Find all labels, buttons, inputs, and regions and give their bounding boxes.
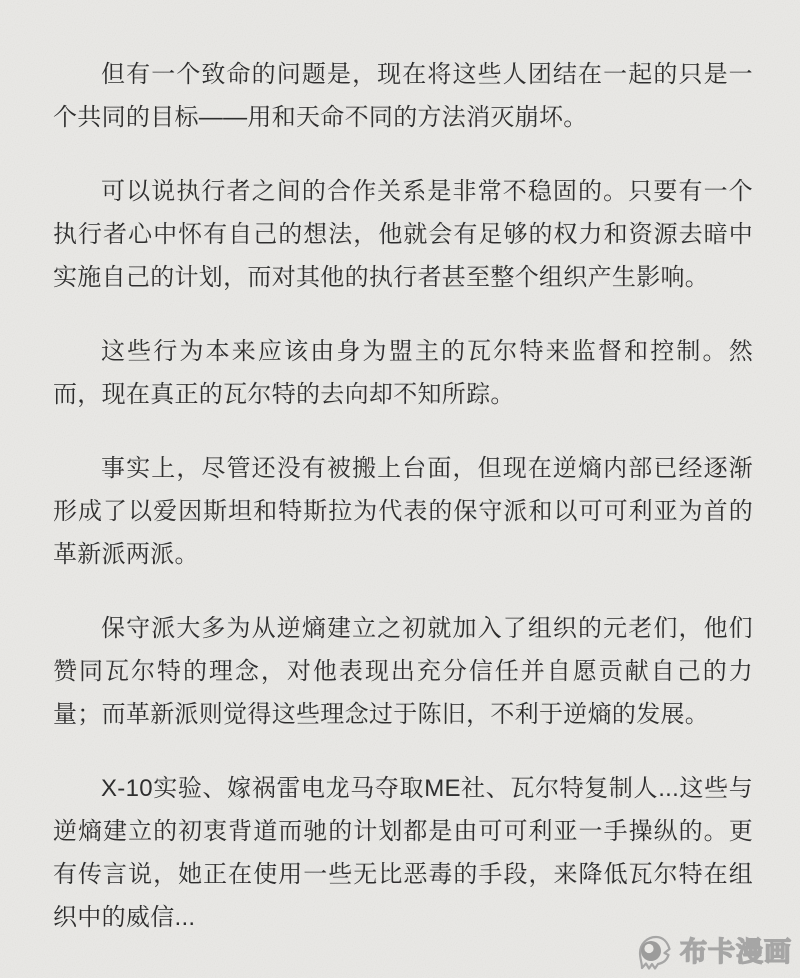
- story-paragraph: 可以说执行者之间的合作关系是非常不稳固的。只要有一个执行者心中怀有自己的想法，他…: [53, 170, 753, 299]
- story-paragraph: 事实上，尽管还没有被搬上台面，但现在逆熵内部已经逐渐形成了以爱因斯坦和特斯拉为代…: [53, 447, 753, 576]
- story-text: 但有一个致命的问题是，现在将这些人团结在一起的只是一个共同的目标——用和天命不同…: [0, 0, 800, 939]
- story-paragraph: X-10实验、嫁祸雷电龙马夺取ME社、瓦尔特复制人...这些与逆熵建立的初衷背道…: [53, 767, 753, 939]
- story-paragraph: 这些行为本来应该由身为盟主的瓦尔特来监督和控制。然而，现在真正的瓦尔特的去向却不…: [53, 330, 753, 416]
- watermark: 布卡漫画: [635, 934, 792, 974]
- buka-mascot-eye-logo-icon: [635, 934, 677, 974]
- story-paragraph: 但有一个致命的问题是，现在将这些人团结在一起的只是一个共同的目标——用和天命不同…: [53, 53, 753, 139]
- story-paragraph: 保守派大多为从逆熵建立之初就加入了组织的元老们，他们赞同瓦尔特的理念，对他表现出…: [53, 607, 753, 736]
- novel-text-page: 但有一个致命的问题是，现在将这些人团结在一起的只是一个共同的目标——用和天命不同…: [0, 0, 800, 978]
- watermark-brand: 布卡漫画: [680, 939, 792, 966]
